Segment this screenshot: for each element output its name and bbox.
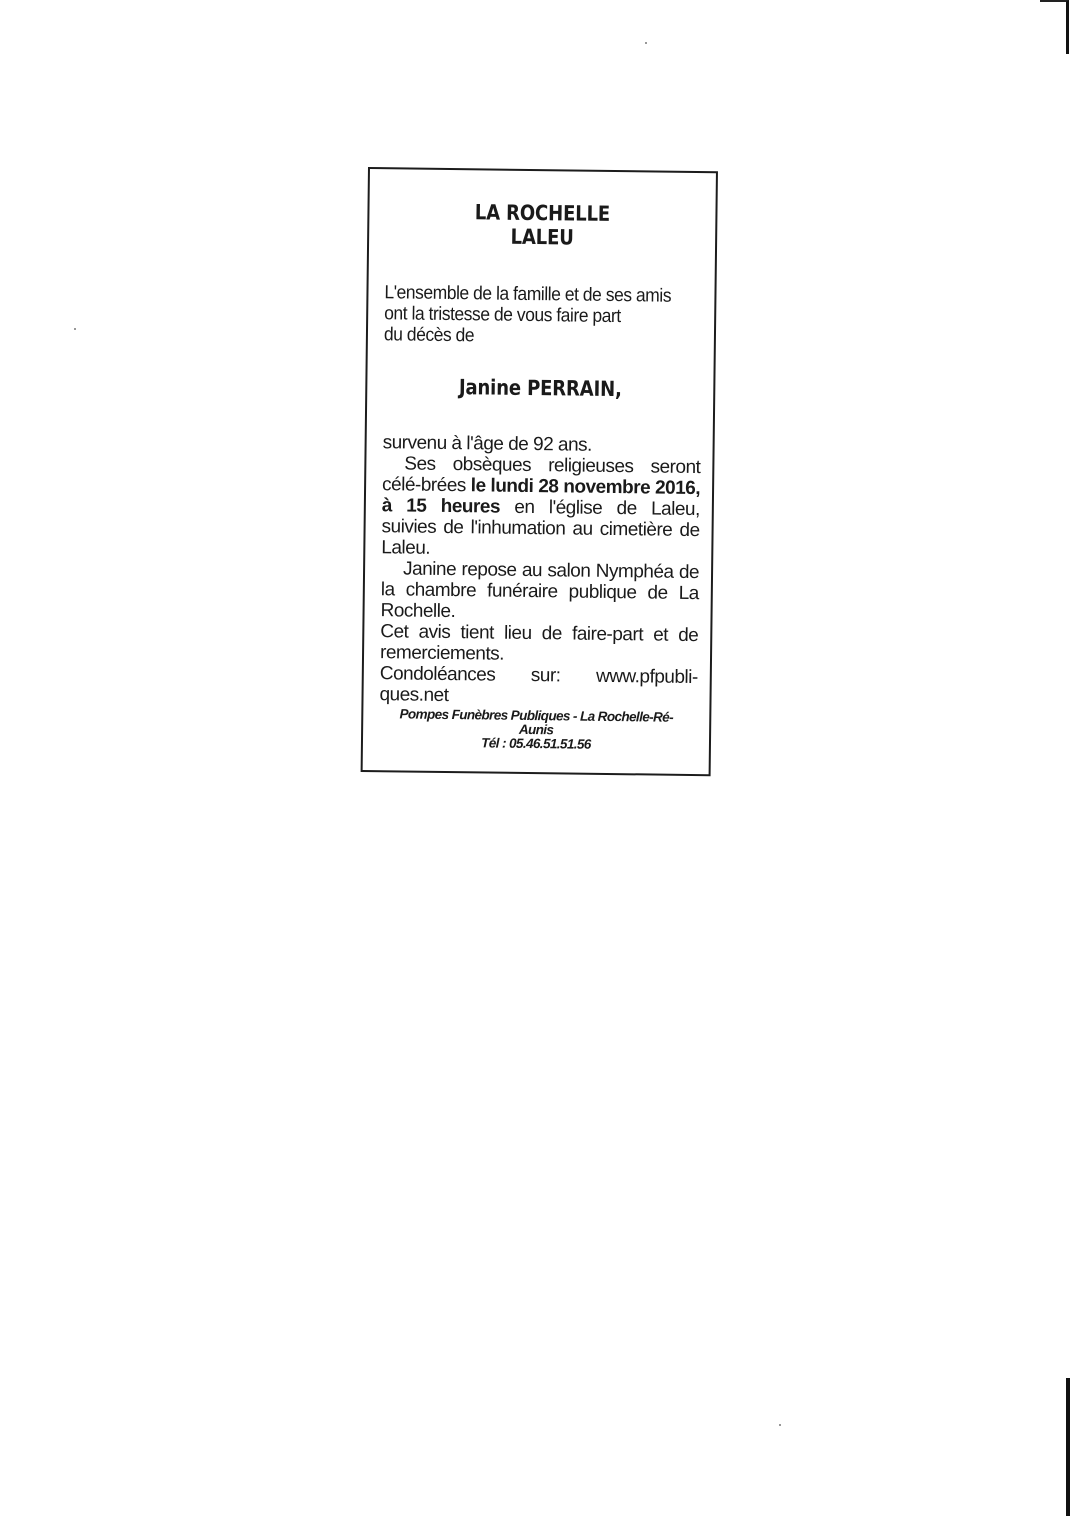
deceased-name: Janine PERRAIN, <box>391 374 689 402</box>
scan-speck <box>645 42 647 44</box>
funeral-home-phone: Tél : 05.46.51.51.56 <box>363 735 709 753</box>
condolences-url: www.pfpubli- <box>596 666 698 688</box>
scan-edge-bottom <box>1066 1378 1070 1516</box>
funeral-home-footer: Pompes Funèbres Publiques - La Rochelle-… <box>363 707 709 753</box>
scan-speck <box>74 328 76 330</box>
condolences-url-continued: ques.net <box>379 684 697 709</box>
condolences-label: Condoléances <box>380 663 496 685</box>
location-district: LALEU <box>393 223 691 251</box>
notice-statement: Cet avis tient lieu de faire-part et de … <box>380 621 698 667</box>
obituary-notice: LA ROCHELLE LALEU L'ensemble de la famil… <box>361 167 718 776</box>
notice-details: survenu à l'âge de 92 ans. Ses obsèques … <box>379 432 700 709</box>
location-city: LA ROCHELLE <box>394 199 692 227</box>
condolences-sur: sur: <box>531 665 561 686</box>
funeral-paragraph: Ses obsèques religieuses seront célé-bré… <box>381 453 700 562</box>
repose-paragraph: Janine repose au salon Nymphéa de la cha… <box>380 558 699 625</box>
notice-intro: L'ensemble de la famille et de ses amis … <box>384 282 703 349</box>
scan-edge-top <box>1040 0 1069 54</box>
notice-location: LA ROCHELLE LALEU <box>393 199 691 251</box>
scan-speck <box>779 1424 781 1426</box>
intro-line: du décès de <box>384 324 677 349</box>
